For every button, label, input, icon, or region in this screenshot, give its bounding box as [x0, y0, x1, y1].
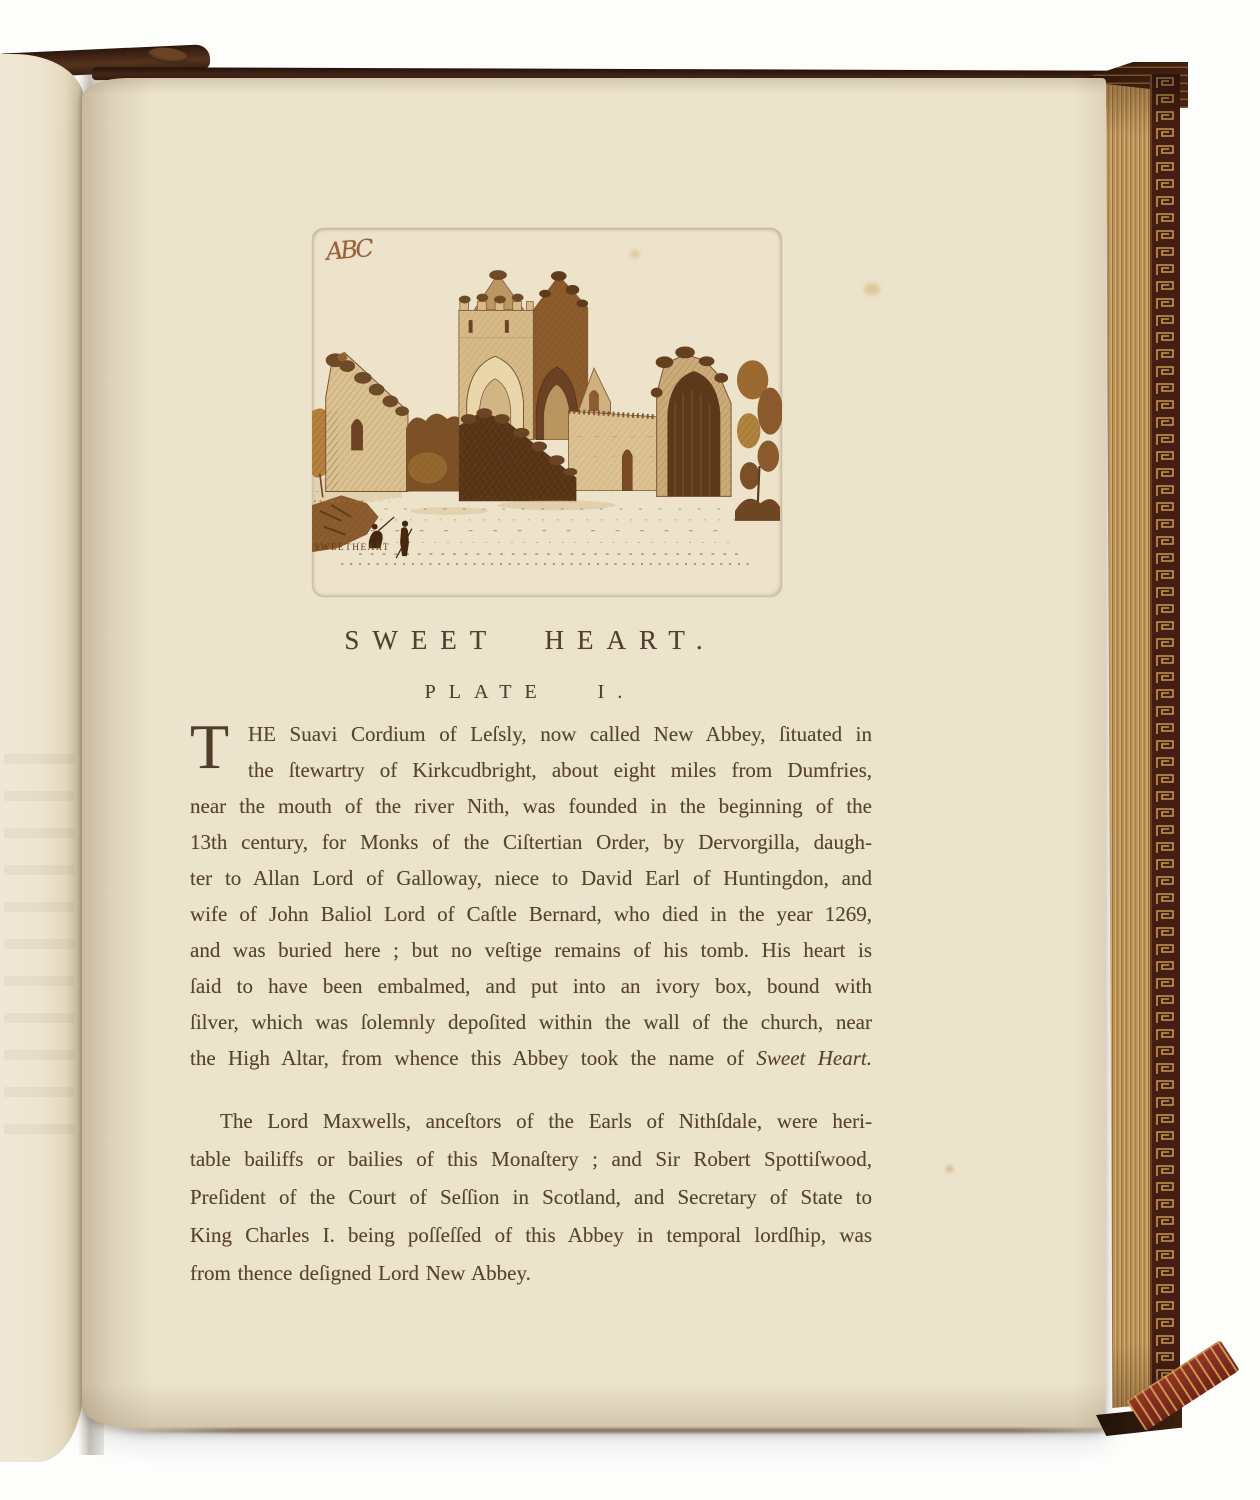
- page-bottom-shadow: [120, 1428, 1116, 1433]
- italic-phrase: Sweet Heart.: [756, 1046, 872, 1070]
- text-line: 13th century, for Monks of the Ciſtertia…: [190, 824, 872, 860]
- text-line: King Charles I. being poſſeſſed of this …: [190, 1216, 872, 1254]
- foxing-spot: [946, 1166, 953, 1172]
- plate-number-label: PLATE I.: [190, 676, 870, 708]
- foxing-spot: [864, 283, 880, 295]
- figure-standing: [396, 521, 412, 558]
- text-line: ſaid to have been embalmed, and put into…: [190, 968, 872, 1004]
- foxing-spot: [630, 250, 640, 258]
- text-line: ter to Allan Lord of Galloway, niece to …: [190, 860, 872, 896]
- text-line: The Lord Maxwells, anceſtors of the Earl…: [190, 1102, 872, 1140]
- engraving-caption: SWEETHEART: [314, 543, 390, 553]
- text-line: near the mouth of the river Nith, was fo…: [190, 788, 872, 824]
- fore-edge-pages: [1106, 84, 1152, 1408]
- page-title: SWEET HEART.: [190, 622, 870, 658]
- text-run: the High Altar, from whence this Abbey t…: [190, 1046, 756, 1070]
- left-page-edge: [0, 54, 84, 1462]
- text-line: table bailiffs or bailies of this Monaſt…: [190, 1140, 872, 1178]
- text-line: from thence deſigned Lord New Abbey.: [190, 1254, 872, 1292]
- plate-mark: ABC: [312, 228, 782, 597]
- drop-cap: T: [190, 716, 229, 778]
- board-edge-greek-key: [1150, 74, 1180, 1406]
- sweetheart-abbey-engraving: SWEETHEART: [312, 264, 782, 574]
- collector-monogram: ABC: [325, 234, 372, 266]
- text-line: the ſtewartry of Kirkcudbright, about ei…: [190, 752, 872, 788]
- right-page: ABC: [82, 78, 1106, 1430]
- text-line: the High Altar, from whence this Abbey t…: [190, 1040, 872, 1076]
- text-line: HE Suavi Cordium of Leſsly, now called N…: [190, 716, 872, 752]
- text-line: wife of John Baliol Lord of Caſtle Berna…: [190, 896, 872, 932]
- text-line: Preſident of the Court of Seſſion in Sco…: [190, 1178, 872, 1216]
- paragraph-2: The Lord Maxwells, anceſtors of the Earl…: [190, 1102, 872, 1292]
- foxing-spot: [412, 1018, 418, 1023]
- paragraph-1: T HE Suavi Cordium of Leſsly, now called…: [190, 716, 872, 1076]
- text-line: and was buried here ; but no veſtige rem…: [190, 932, 872, 968]
- show-through-text: [4, 754, 74, 1134]
- photograph-of-open-book: ABC: [0, 0, 1260, 1500]
- text-line: ſilver, which was ſolemnly depoſited wit…: [190, 1004, 872, 1040]
